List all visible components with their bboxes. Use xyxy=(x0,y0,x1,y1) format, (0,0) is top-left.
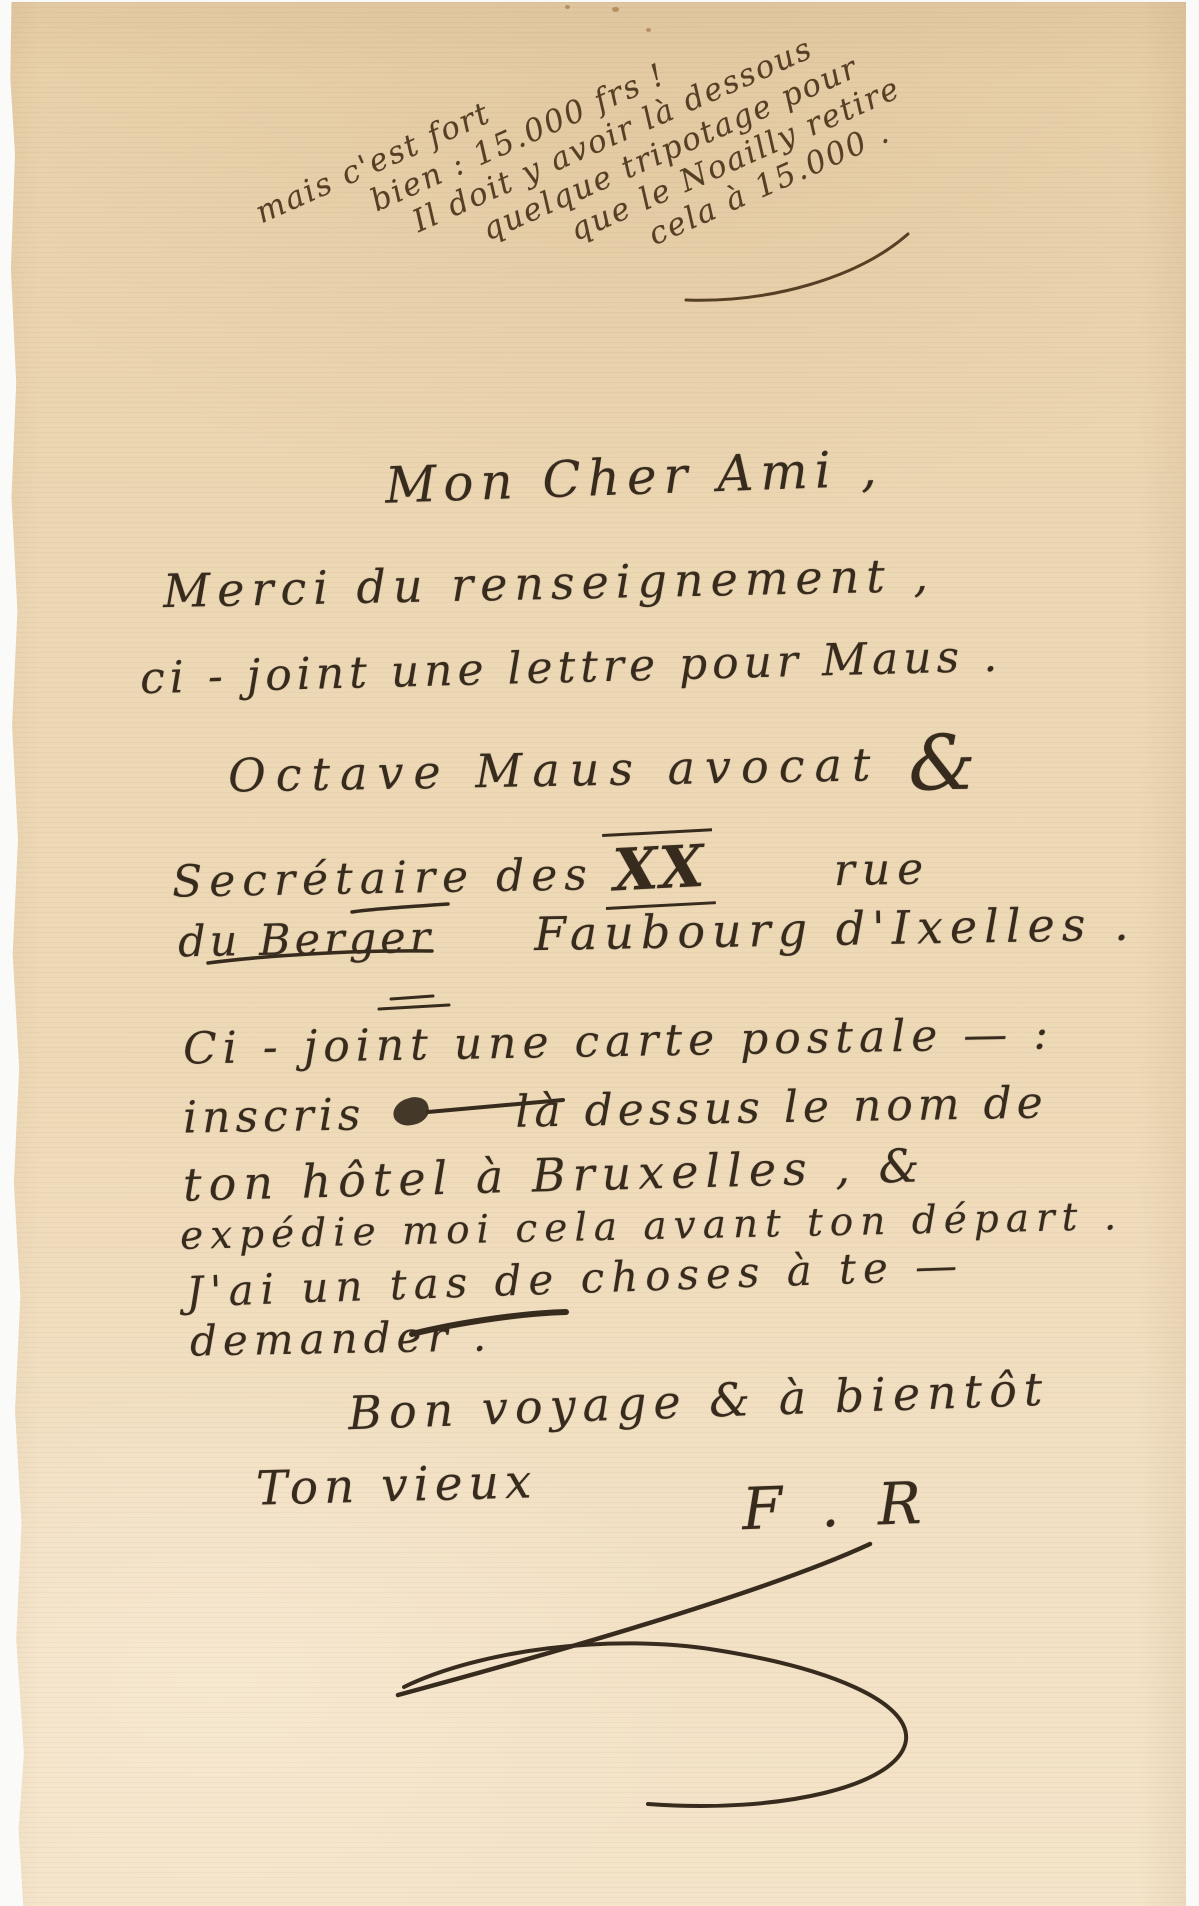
faubourg-text: Faubourg d'Ixelles . xyxy=(534,897,1136,961)
salutation-line: Mon Cher Ami , xyxy=(384,439,884,514)
body-line-inscris: inscrislà dessus le nom de xyxy=(183,1077,1048,1143)
paper-stain xyxy=(612,7,619,12)
address-line-octave-maus: Octave Maus avocat& xyxy=(228,735,987,802)
du-berger-text: du Berger xyxy=(178,913,435,967)
scanned-letter-page: { "document_type": "handwritten-letter",… xyxy=(0,0,1199,1906)
letter-paper: mais c'est fort bien : 15.000 frs ! Il d… xyxy=(5,2,1186,1906)
ampersand-glyph: & xyxy=(908,717,987,807)
body-line-carte-postale: Ci - joint une carte postale — : xyxy=(183,1008,1055,1074)
body-line-ci-joint-lettre: ci - joint une lettre pour Maus . xyxy=(139,631,1002,705)
address-name-text: Octave Maus avocat xyxy=(228,737,881,802)
la-dessus-text: là dessus le nom de xyxy=(515,1077,1048,1137)
rue-text: rue xyxy=(833,843,930,896)
body-line-demander: demander . xyxy=(190,1311,493,1365)
closing-bon-voyage: Bon voyage & à bientôt xyxy=(347,1362,1050,1440)
paper-stain xyxy=(565,5,570,9)
les-xx-emblem: XX xyxy=(602,828,716,910)
struck-word: inscris xyxy=(183,1089,366,1143)
signature-initials: F . R xyxy=(741,1469,932,1544)
closing-ton-vieux: Ton vieux xyxy=(255,1454,538,1516)
margin-annotation: mais c'est fort bien : 15.000 frs ! Il d… xyxy=(250,0,921,395)
secretaire-text: Secrétaire des xyxy=(172,849,595,907)
body-line-merci: Merci du renseignement , xyxy=(163,548,936,618)
